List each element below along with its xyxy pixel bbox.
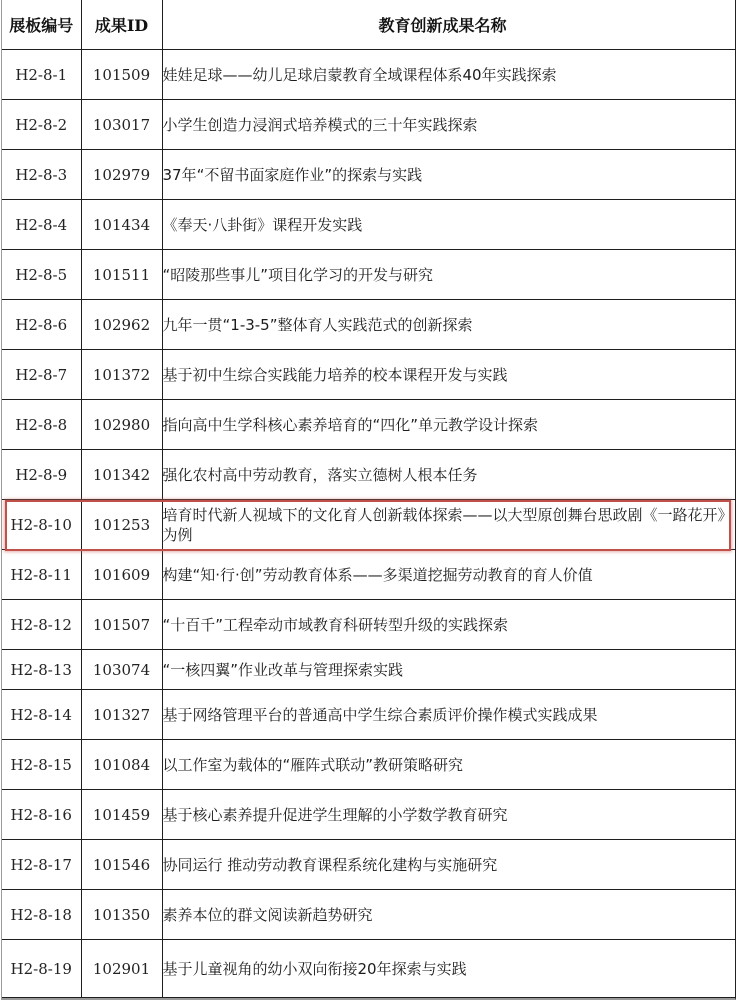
header-code: 展板编号: [2, 0, 81, 50]
header-row: 展板编号 成果ID 教育创新成果名称: [2, 0, 736, 50]
cell-id: 101084: [81, 740, 162, 790]
cell-name: 九年一贯“1-3-5”整体育人实践范式的创新探索: [162, 300, 736, 350]
cell-name: 培育时代新人视域下的文化育人创新载体探索——以大型原创舞台思政剧《一路花开》为例: [162, 500, 736, 550]
table-row: H2-8-19 102901 基于儿童视角的幼小双向衔接20年探索与实践: [2, 940, 736, 998]
cell-code: H2-8-6: [2, 300, 81, 350]
cell-code: H2-8-1: [2, 50, 81, 100]
cell-id: 101253: [81, 500, 162, 550]
cell-id: 103017: [81, 100, 162, 150]
cell-name: 基于初中生综合实践能力培养的校本课程开发与实践: [162, 350, 736, 400]
cell-name: “昭陵那些事儿”项目化学习的开发与研究: [162, 250, 736, 300]
table-row-highlighted: H2-8-10 101253 培育时代新人视域下的文化育人创新载体探索——以大型…: [2, 500, 736, 550]
cell-code: H2-8-16: [2, 790, 81, 840]
cell-code: H2-8-15: [2, 740, 81, 790]
cell-id: 101609: [81, 550, 162, 600]
table-row: H2-8-17 101546 协同运行 推动劳动教育课程系统化建构与实施研究: [2, 840, 736, 890]
cell-id: 101327: [81, 690, 162, 740]
cell-id: 102979: [81, 150, 162, 200]
cell-name: 强化农村高中劳动教育，落实立德树人根本任务: [162, 450, 736, 500]
table-row: H2-8-18 101350 素养本位的群文阅读新趋势研究: [2, 890, 736, 940]
cell-name: 协同运行 推动劳动教育课程系统化建构与实施研究: [162, 840, 736, 890]
results-table: 展板编号 成果ID 教育创新成果名称 H2-8-1 101509 娃娃足球——幼…: [2, 0, 736, 998]
cell-code: H2-8-10: [2, 500, 81, 550]
cell-code: H2-8-17: [2, 840, 81, 890]
cell-id: 101546: [81, 840, 162, 890]
cell-id: 101459: [81, 790, 162, 840]
cell-id: 101434: [81, 200, 162, 250]
header-id: 成果ID: [81, 0, 162, 50]
table-row: H2-8-5 101511 “昭陵那些事儿”项目化学习的开发与研究: [2, 250, 736, 300]
cell-code: H2-8-13: [2, 650, 81, 690]
cell-name: 《奉天·八卦街》课程开发实践: [162, 200, 736, 250]
header-name: 教育创新成果名称: [162, 0, 736, 50]
cell-name: “十百千”工程牵动市域教育科研转型升级的实践探索: [162, 600, 736, 650]
cell-code: H2-8-8: [2, 400, 81, 450]
results-sheet: 展板编号 成果ID 教育创新成果名称 H2-8-1 101509 娃娃足球——幼…: [1, 0, 736, 1000]
cell-id: 101350: [81, 890, 162, 940]
cell-name: 素养本位的群文阅读新趋势研究: [162, 890, 736, 940]
cell-code: H2-8-12: [2, 600, 81, 650]
cell-code: H2-8-3: [2, 150, 81, 200]
table-row: H2-8-8 102980 指向高中生学科核心素养培育的“四化”单元教学设计探索: [2, 400, 736, 450]
table-row: H2-8-1 101509 娃娃足球——幼儿足球启蒙教育全域课程体系40年实践探…: [2, 50, 736, 100]
table-row: H2-8-6 102962 九年一贯“1-3-5”整体育人实践范式的创新探索: [2, 300, 736, 350]
cell-name: 娃娃足球——幼儿足球启蒙教育全域课程体系40年实践探索: [162, 50, 736, 100]
cell-code: H2-8-18: [2, 890, 81, 940]
table-row: H2-8-3 102979 37年“不留书面家庭作业”的探索与实践: [2, 150, 736, 200]
cell-code: H2-8-9: [2, 450, 81, 500]
cell-code: H2-8-14: [2, 690, 81, 740]
cell-id: 102962: [81, 300, 162, 350]
table-row: H2-8-11 101609 构建“知·行·创”劳动教育体系——多渠道挖掘劳动教…: [2, 550, 736, 600]
cell-name: 基于儿童视角的幼小双向衔接20年探索与实践: [162, 940, 736, 998]
cell-name: 指向高中生学科核心素养培育的“四化”单元教学设计探索: [162, 400, 736, 450]
cell-id: 103074: [81, 650, 162, 690]
cell-code: H2-8-7: [2, 350, 81, 400]
table-row: H2-8-15 101084 以工作室为载体的“雁阵式联动”教研策略研究: [2, 740, 736, 790]
cell-code: H2-8-19: [2, 940, 81, 998]
table-row: H2-8-7 101372 基于初中生综合实践能力培养的校本课程开发与实践: [2, 350, 736, 400]
table-row: H2-8-16 101459 基于核心素养提升促进学生理解的小学数学教育研究: [2, 790, 736, 840]
table-row: H2-8-13 103074 “一核四翼”作业改革与管理探索实践: [2, 650, 736, 690]
table-row: H2-8-12 101507 “十百千”工程牵动市域教育科研转型升级的实践探索: [2, 600, 736, 650]
cell-code: H2-8-5: [2, 250, 81, 300]
cell-id: 101509: [81, 50, 162, 100]
cell-name: 小学生创造力浸润式培养模式的三十年实践探索: [162, 100, 736, 150]
cell-id: 102980: [81, 400, 162, 450]
table-row: H2-8-14 101327 基于网络管理平台的普通高中学生综合素质评价操作模式…: [2, 690, 736, 740]
cell-name: 构建“知·行·创”劳动教育体系——多渠道挖掘劳动教育的育人价值: [162, 550, 736, 600]
cell-code: H2-8-2: [2, 100, 81, 150]
cell-id: 101511: [81, 250, 162, 300]
cell-name: “一核四翼”作业改革与管理探索实践: [162, 650, 736, 690]
cell-id: 101507: [81, 600, 162, 650]
cell-name: 以工作室为载体的“雁阵式联动”教研策略研究: [162, 740, 736, 790]
cell-code: H2-8-4: [2, 200, 81, 250]
table-row: H2-8-9 101342 强化农村高中劳动教育，落实立德树人根本任务: [2, 450, 736, 500]
cell-name: 基于核心素养提升促进学生理解的小学数学教育研究: [162, 790, 736, 840]
cell-id: 101372: [81, 350, 162, 400]
cell-code: H2-8-11: [2, 550, 81, 600]
table-row: H2-8-4 101434 《奉天·八卦街》课程开发实践: [2, 200, 736, 250]
cell-id: 101342: [81, 450, 162, 500]
cell-name: 基于网络管理平台的普通高中学生综合素质评价操作模式实践成果: [162, 690, 736, 740]
cell-id: 102901: [81, 940, 162, 998]
table-row: H2-8-2 103017 小学生创造力浸润式培养模式的三十年实践探索: [2, 100, 736, 150]
cell-name: 37年“不留书面家庭作业”的探索与实践: [162, 150, 736, 200]
